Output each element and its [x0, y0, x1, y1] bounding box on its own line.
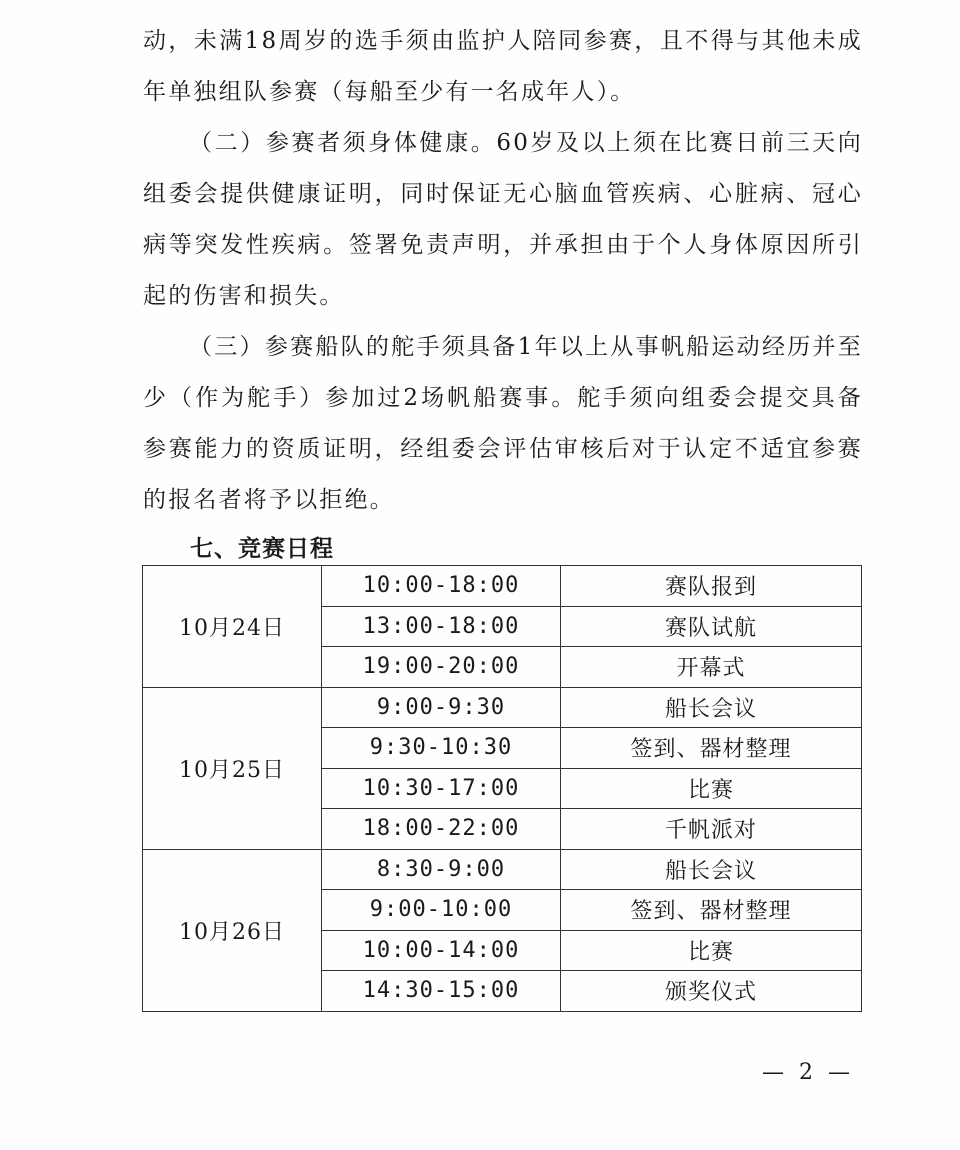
date-cell: 10月26日: [143, 849, 322, 1011]
table-row: 10月26日 8:30-9:00 船长会议: [143, 849, 862, 890]
event-cell: 开幕式: [561, 647, 862, 688]
time-cell: 10:30-17:00: [322, 768, 561, 809]
event-cell: 赛队试航: [561, 606, 862, 647]
page-number: — 2 —: [762, 1060, 854, 1085]
time-cell: 9:30-10:30: [322, 728, 561, 769]
time-cell: 9:00-9:30: [322, 687, 561, 728]
event-cell: 签到、器材整理: [561, 890, 862, 931]
time-cell: 19:00-20:00: [322, 647, 561, 688]
time-cell: 13:00-18:00: [322, 606, 561, 647]
document-page: 动，未满18周岁的选手须由监护人陪同参赛，且不得与其他未成年单独组队参赛（每船至…: [0, 0, 960, 1150]
event-cell: 船长会议: [561, 687, 862, 728]
time-cell: 14:30-15:00: [322, 971, 561, 1012]
section-heading-schedule: 七、竞赛日程: [190, 530, 334, 563]
date-cell: 10月25日: [143, 687, 322, 849]
date-cell: 10月24日: [143, 566, 322, 688]
table-row: 10月25日 9:00-9:30 船长会议: [143, 687, 862, 728]
time-cell: 10:00-14:00: [322, 930, 561, 971]
event-cell: 千帆派对: [561, 809, 862, 850]
event-cell: 比赛: [561, 930, 862, 971]
paragraph-helmsman-requirement: （三）参赛船队的舵手须具备1年以上从事帆船运动经历并至少（作为舵手）参加过2场帆…: [143, 322, 863, 526]
paragraph-health-requirement: （二）参赛者须身体健康。60岁及以上须在比赛日前三天向组委会提供健康证明，同时保…: [143, 118, 863, 322]
time-cell: 8:30-9:00: [322, 849, 561, 890]
event-cell: 签到、器材整理: [561, 728, 862, 769]
paragraph-minors-rule: 动，未满18周岁的选手须由监护人陪同参赛，且不得与其他未成年单独组队参赛（每船至…: [143, 16, 863, 118]
event-cell: 颁奖仪式: [561, 971, 862, 1012]
table-row: 10月24日 10:00-18:00 赛队报到: [143, 566, 862, 607]
event-cell: 船长会议: [561, 849, 862, 890]
event-cell: 比赛: [561, 768, 862, 809]
time-cell: 18:00-22:00: [322, 809, 561, 850]
event-cell: 赛队报到: [561, 566, 862, 607]
time-cell: 9:00-10:00: [322, 890, 561, 931]
schedule-table: 10月24日 10:00-18:00 赛队报到 13:00-18:00 赛队试航…: [142, 565, 862, 1012]
time-cell: 10:00-18:00: [322, 566, 561, 607]
